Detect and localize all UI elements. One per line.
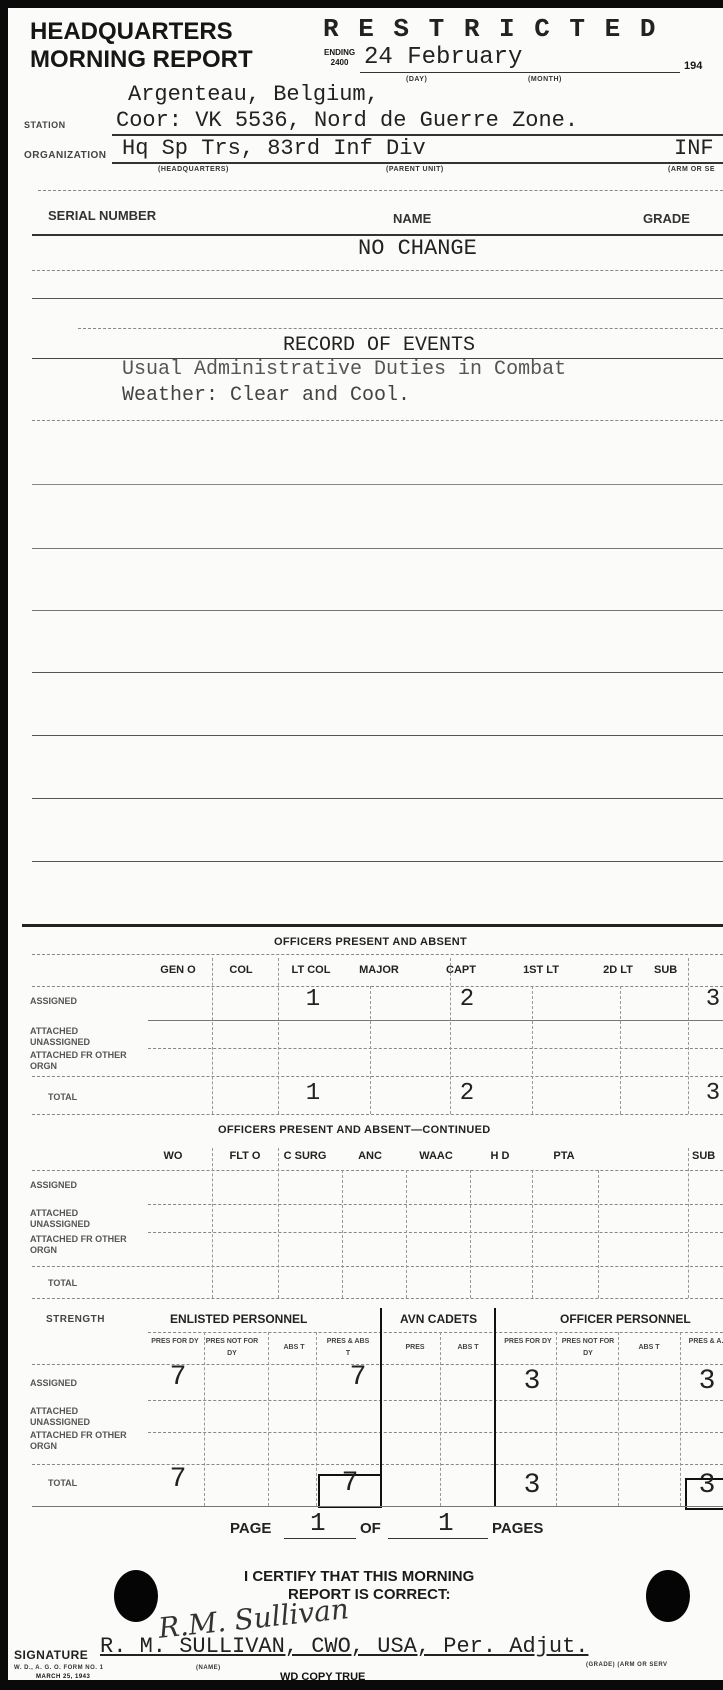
rule [148,1400,723,1401]
rule [32,1506,723,1507]
col-divider [688,958,689,1114]
col-divider [618,1332,619,1506]
col-divider [278,1148,279,1298]
rule [148,1432,723,1433]
ending-time: 2400 [324,58,355,68]
rule [78,328,723,329]
row-label-assigned-continued: ASSIGNED [30,1180,77,1191]
title-headquarters: HEADQUARTERS [30,18,233,46]
strength-label: STRENGTH [46,1314,105,1325]
page-label: PAGE [230,1520,271,1537]
form-date: MARCH 25, 1943 [36,1674,90,1680]
row-label-total: TOTAL [48,1092,77,1103]
day-caption: (DAY) [406,76,427,83]
group-avn-cadets: AVN CADETS [400,1312,477,1326]
organization-label: ORGANIZATION [24,150,106,161]
cell-sub-total: 3 [698,1080,723,1107]
divider [38,190,723,191]
rule [148,1020,723,1021]
col-1st-lt: 1ST LT [508,964,574,976]
col-divider [598,1170,599,1298]
rule [32,298,723,299]
sub-off-pres-for-dy: PRES FOR DY [502,1336,554,1348]
strength-row-total: TOTAL [48,1478,77,1489]
rule [32,420,723,421]
rule [32,484,723,485]
col-sub: SUB [648,964,714,976]
morning-report-document: HEADQUARTERS MORNING REPORT R E S T R I … [8,8,723,1680]
rule [32,610,723,611]
ending-label-text: ENDING [324,48,355,58]
year-prefix: 194 [684,60,702,72]
row-label-total-continued: TOTAL [48,1278,77,1289]
off-pres-abs-total: 3 [692,1470,722,1501]
cell-lt-col-total: 1 [288,1080,338,1107]
caption-grade: (GRADE) (ARM OR SERV [586,1662,668,1668]
sub-enl-abs-t: ABS T [270,1342,318,1354]
col-sub-continued: SUB [692,1150,723,1162]
sub-enl-pres-not-for-dy: PRES NOT FOR DY [204,1336,260,1360]
event-line-2: Weather: Clear and Cool. [122,384,410,407]
rule [148,1332,723,1333]
total-underline [388,1538,488,1539]
rule [148,1048,723,1049]
col-divider [342,1170,343,1298]
enl-pres-abs-assigned: 7 [338,1362,378,1393]
col-c-surg: C SURG [274,1150,336,1162]
sub-cadets-abs-t: ABS T [444,1342,492,1354]
off-pres-abs-assigned: 3 [692,1366,722,1397]
record-of-events-heading: RECORD OF EVENTS [283,334,475,357]
organization-value: Hq Sp Trs, 83rd Inf Div [122,136,426,161]
certify-line1: I CERTIFY THAT THIS MORNING [244,1568,474,1585]
sub-enl-pres-abs-t: PRES & ABS T [324,1336,372,1360]
rule [148,1204,723,1205]
col-divider [450,958,451,1114]
group-enlisted-personnel: ENLISTED PERSONNEL [170,1312,307,1326]
pages-label: PAGES [492,1520,543,1537]
copy-stamp: WD COPY TRUE [280,1671,365,1680]
rule [32,1114,723,1115]
col-divider [620,986,621,1114]
row-label-attached-unassigned-continued: ATTACHED UNASSIGNED [30,1208,140,1230]
classification-stamp: R E S T R I C T E D [323,14,657,44]
station-line2: Coor: VK 5536, Nord de Guerre Zone. [116,108,578,133]
officers-table-title: OFFICERS PRESENT AND ABSENT [274,936,467,948]
off-pres-dy-assigned: 3 [512,1366,552,1397]
report-date: 24 February [364,44,522,71]
page-underline [284,1538,356,1539]
caption-arm: (ARM OR SE [668,166,715,173]
col-anc: ANC [340,1150,400,1162]
page-number: 1 [310,1508,326,1538]
typed-name: R. M. SULLIVAN, CWO, USA, Per. Adjut. [100,1634,588,1659]
group-officer-personnel: OFFICER PERSONNEL [560,1312,691,1326]
station-label: STATION [24,120,66,130]
col-divider [278,958,279,1114]
sub-off-pres-not-for-dy: PRES NOT FOR DY [560,1336,616,1360]
organization-underline [112,162,723,164]
col-divider [470,1170,471,1298]
col-divider [680,1332,681,1506]
rule [32,1464,723,1465]
col-divider [440,1332,441,1506]
col-capt: CAPT [428,964,494,976]
rule [32,672,723,673]
sub-enl-pres-for-dy: PRES FOR DY [150,1336,200,1348]
total-pages: 1 [438,1508,454,1538]
strength-row-assigned: ASSIGNED [30,1378,77,1389]
rule [32,1170,723,1171]
col-divider [370,986,371,1114]
cell-lt-col-assigned: 1 [288,986,338,1013]
row-label-attached-unassigned: ATTACHED UNASSIGNED [30,1026,140,1048]
rule [32,954,723,955]
rule [32,798,723,799]
ending-label: ENDING 2400 [324,48,355,68]
station-line1: Argenteau, Belgium, [128,82,379,107]
rule [32,1266,723,1267]
off-pres-dy-total: 3 [512,1470,552,1501]
sub-off-pres-abs-t: PRES & A... [688,1336,723,1348]
caption-name: (NAME) [196,1665,221,1671]
rule [22,924,723,927]
caption-parent-unit: (PARENT UNIT) [386,166,444,173]
col-divider [204,1332,205,1506]
date-underline [360,72,680,73]
header-name: NAME [393,211,431,226]
col-lt-col: LT COL [278,964,344,976]
col-divider [532,986,533,1114]
form-id: W. D., A. G. O. FORM NO. 1 [14,1665,103,1671]
col-divider [268,1332,269,1506]
binder-hole-left-icon [114,1570,158,1622]
rule [32,270,723,271]
enl-pres-abs-total: 7 [330,1468,370,1499]
strength-row-attached-unassigned: ATTACHED UNASSIGNED [30,1406,140,1428]
col-divider [406,1170,407,1298]
col-major: MAJOR [346,964,412,976]
sub-cadets-pres: PRES [392,1342,438,1354]
row-label-attached-fr-other: ATTACHED FR OTHER ORGN [30,1050,140,1072]
signature-label: SIGNATURE [14,1648,88,1662]
row-label-assigned: ASSIGNED [30,996,77,1007]
title-morning-report: MORNING REPORT [30,46,253,74]
rule [148,1232,723,1233]
of-label: OF [360,1520,381,1537]
col-divider-thick [380,1308,382,1506]
col-divider [532,1170,533,1298]
month-caption: (MONTH) [528,76,562,83]
col-divider [212,1148,213,1298]
col-waac: WAAC [404,1150,468,1162]
enl-pres-dy-assigned: 7 [158,1362,198,1393]
col-flt-o: FLT O [216,1150,274,1162]
col-wo: WO [148,1150,198,1162]
caption-headquarters: (HEADQUARTERS) [158,166,229,173]
rule [32,735,723,736]
col-2d-lt: 2D LT [588,964,648,976]
rule [32,548,723,549]
event-line-1: Usual Administrative Duties in Combat [122,358,566,381]
col-gen-o: GEN O [148,964,208,976]
enl-pres-dy-total: 7 [158,1464,198,1495]
cell-sub-assigned: 3 [698,986,723,1013]
organization-arm: INF [674,136,714,161]
rule [32,1298,723,1299]
col-divider [212,958,213,1114]
binder-hole-right-icon [646,1570,690,1622]
col-pta: PTA [532,1150,596,1162]
row-label-attached-fr-other-continued: ATTACHED FR OTHER ORGN [30,1234,140,1256]
col-divider [316,1332,317,1506]
sub-off-abs-t: ABS T [624,1342,674,1354]
header-grade: GRADE [643,211,690,226]
officers-continued-title: OFFICERS PRESENT AND ABSENT—CONTINUED [218,1124,490,1136]
col-divider [688,1148,689,1298]
header-serial-number: SERIAL NUMBER [48,208,156,223]
rule [32,861,723,862]
col-divider [556,1332,557,1506]
personnel-entry: NO CHANGE [358,236,477,261]
col-divider-thick [494,1308,496,1506]
col-col: COL [212,964,270,976]
strength-row-attached-fr-other: ATTACHED FR OTHER ORGN [30,1430,140,1452]
col-hd: H D [470,1150,530,1162]
